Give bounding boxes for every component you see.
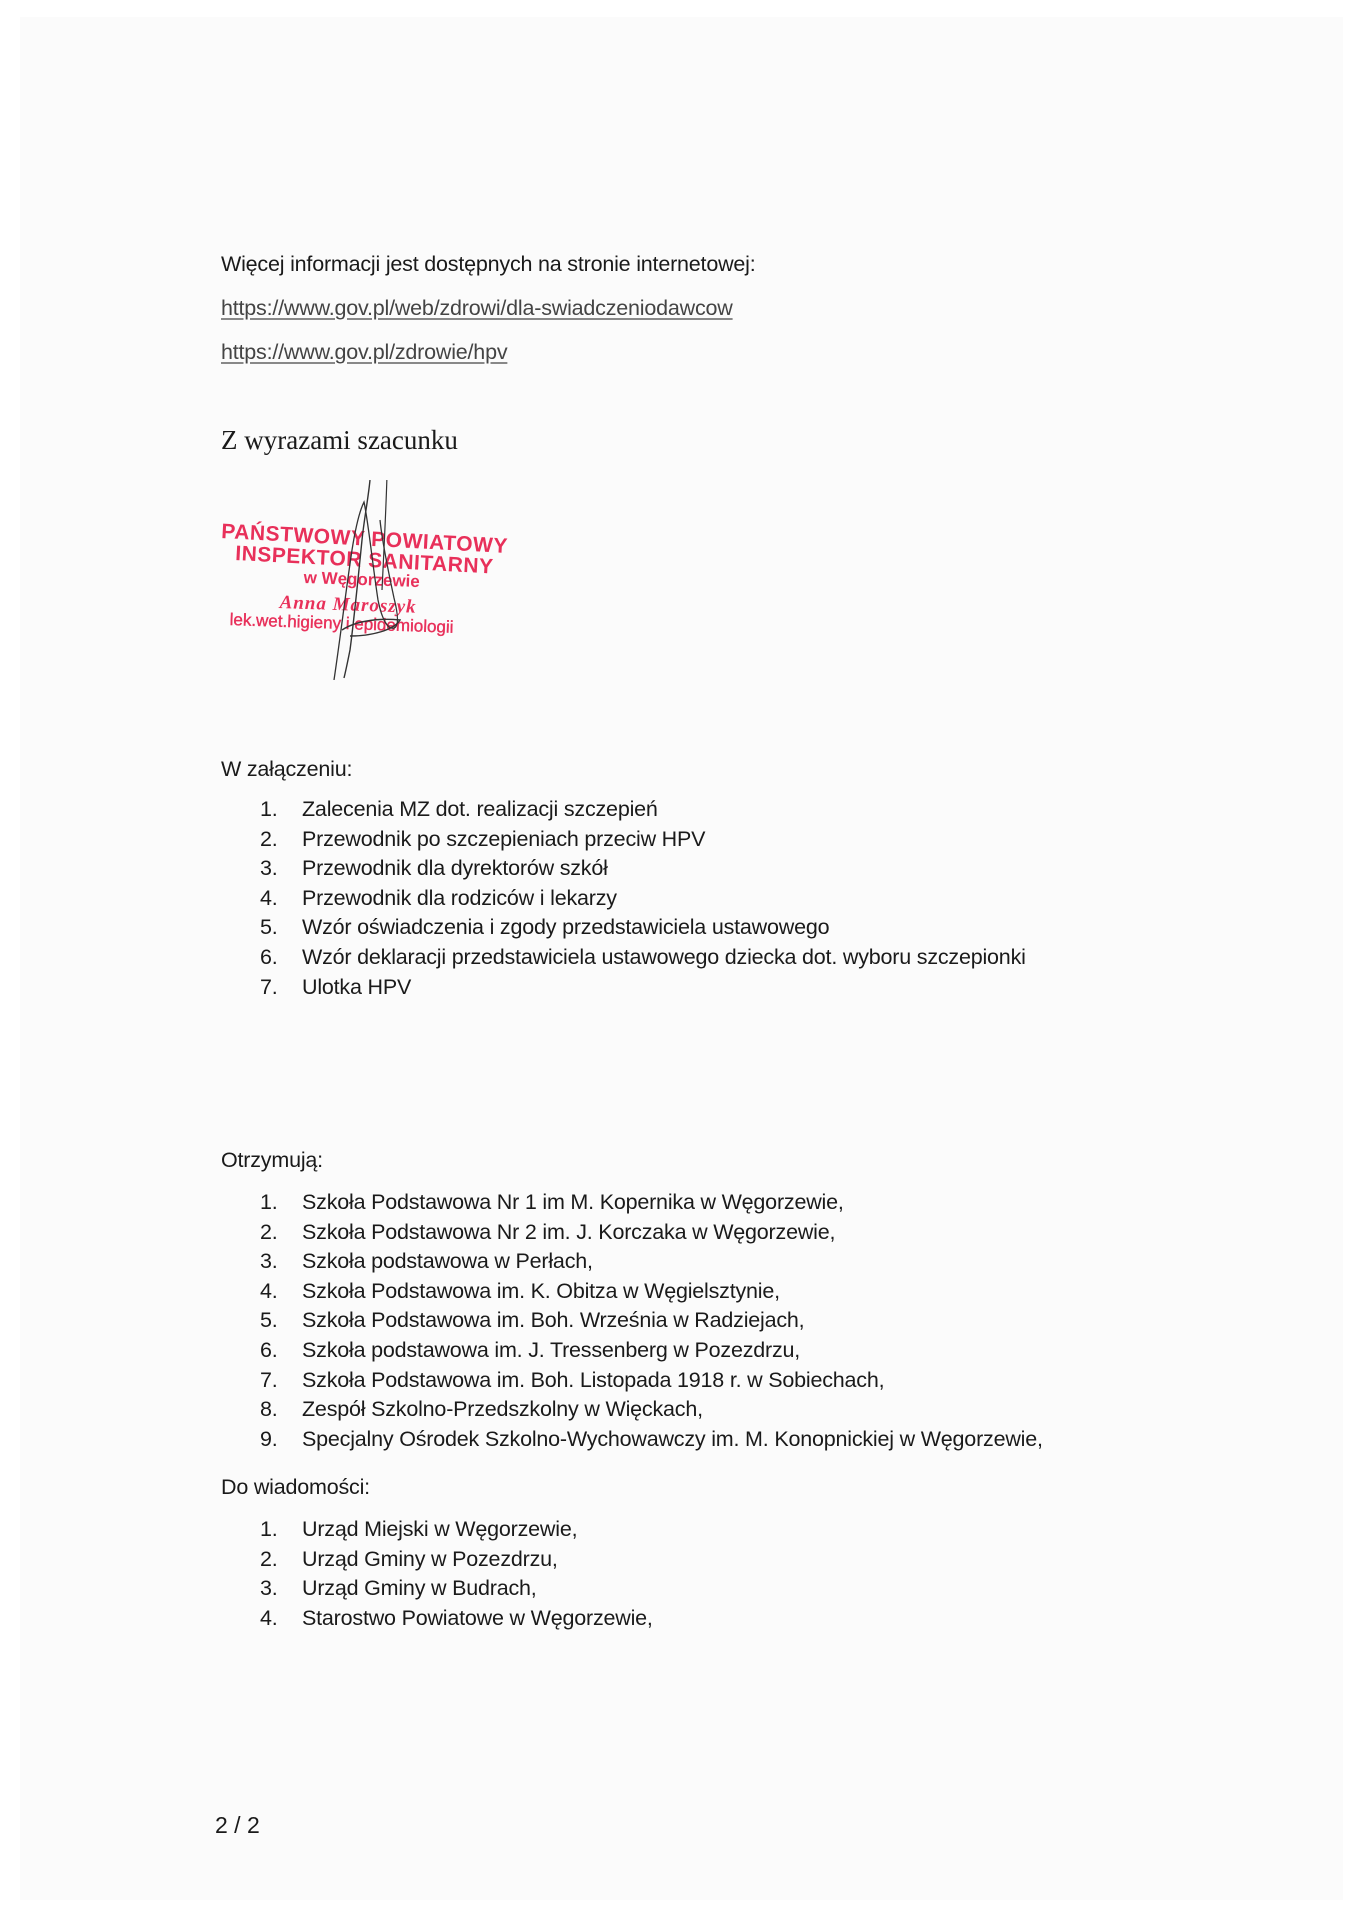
closing-salutation: Z wyrazami szacunku [221,425,458,456]
recipients-heading: Otrzymują: [221,1148,323,1173]
official-stamp: PAŃSTWOWY POWIATOWY INSPEKTOR SANITARNY … [222,480,552,680]
page-indicator: 2 / 2 [215,1812,260,1839]
link-hpv[interactable]: https://www.gov.pl/zdrowie/hpv [221,340,507,365]
handwritten-signature [222,480,552,680]
more-info-text: Więcej informacji jest dostępnych na str… [221,252,756,277]
link-swiadczeniodawcy[interactable]: https://www.gov.pl/web/zdrowi/dla-swiadc… [221,296,733,321]
attachments-heading: W załączeniu: [221,757,352,782]
for-information-heading: Do wiadomości: [221,1475,370,1500]
